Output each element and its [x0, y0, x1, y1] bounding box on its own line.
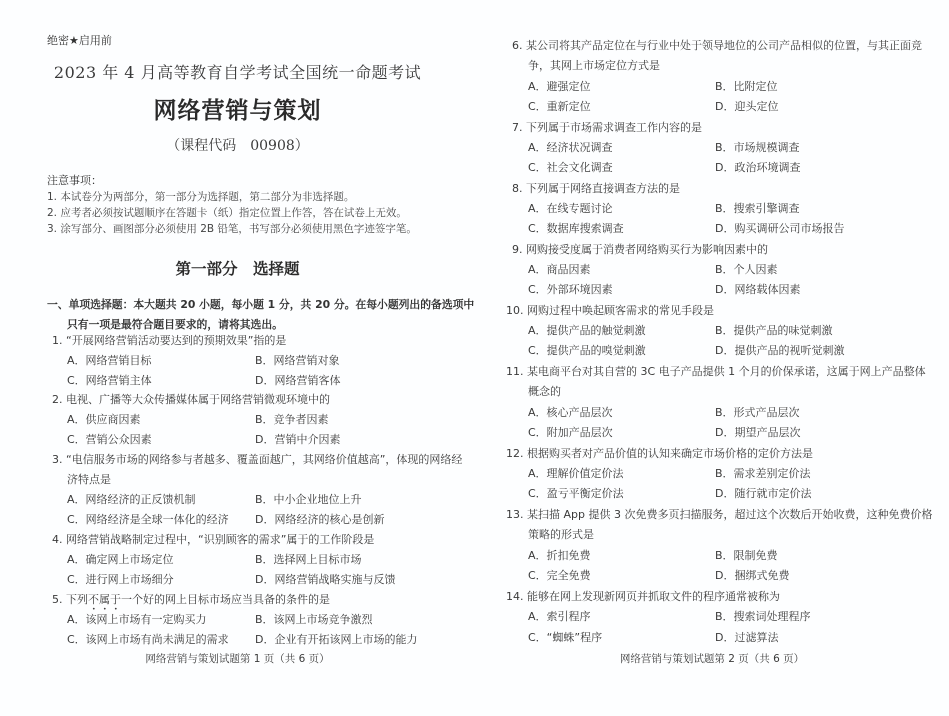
option-b: B．限制免费 [715, 547, 778, 563]
option-c: C．完全免费 [528, 567, 591, 583]
question-text: 下列属于网络直接调查方法的是 [526, 182, 680, 195]
option-b: B．搜索词处理程序 [715, 608, 811, 624]
question-text: 某电商平台对其自营的 3C 电子产品提供 1 个月的价保承诺，这属于网上产品整体 [527, 365, 926, 378]
question-stem: 9. 网购接受度属于消费者网络购买行为影响因素中的 [512, 241, 768, 257]
question-text: “电信服务市场的网络参与者越多、覆盖面越广，其网络价值越高”，体现的网络经 [66, 453, 462, 466]
question-number: 9. [512, 243, 523, 256]
option-b: B．市场规模调查 [715, 139, 800, 155]
instruction-line: 一、单项选择题：本大题共 20 小题，每小题 1 分，共 20 分。在每小题列出… [47, 297, 474, 312]
instruction-line: 只有一项是最符合题目要求的，请将其选出。 [67, 317, 283, 332]
question-text: 能够在网上发现新网页并抓取文件的程序通常被称为 [527, 590, 780, 603]
option-c: C．社会文化调查 [528, 159, 613, 175]
option-b: B．该网上市场竞争激烈 [255, 611, 373, 627]
question-number: 11. [506, 365, 524, 378]
option-a: A．网络营销目标 [67, 352, 152, 368]
page-footer: 网络营销与策划试题第 2 页（共 6 页） [475, 651, 949, 666]
option-a: A．核心产品层次 [528, 404, 613, 420]
question-stem: 1. “开展网络营销活动要达到的预期效果”指的是 [52, 332, 286, 348]
option-b: B．网络营销对象 [255, 352, 340, 368]
question-text-pre: 下列 [66, 593, 88, 606]
option-d: D．捆绑式免费 [715, 567, 789, 583]
option-d: D．网络营销客体 [255, 372, 340, 388]
option-c: C．数据库搜索调查 [528, 220, 624, 236]
option-d: D．迎头定位 [715, 98, 778, 114]
option-b: B．竞争者因素 [255, 411, 329, 427]
question-stem: 8. 下列属于网络直接调查方法的是 [512, 180, 680, 196]
option-c: C．重新定位 [528, 98, 591, 114]
question-text: 某扫描 App 提供 3 次免费多页扫描服务，超过这个次数后开始收费，这种免费价… [527, 508, 932, 521]
question-stem: 2. 电视、广播等大众传播媒体属于网络营销微观环境中的 [52, 391, 330, 407]
option-c: C．盈亏平衡定价法 [528, 485, 624, 501]
notice-item: 3. 涂写部分、画图部分必须使用 2B 铅笔，书写部分必须使用黑色字迹签字笔。 [47, 221, 417, 236]
exam-page-2: 6. 某公司将其产品定位在与行业中处于领导地位的公司产品相似的位置，与其正面竞 … [475, 0, 949, 716]
question-text: 网络营销战略制定过程中，“识别顾客的需求”属于的工作阶段是 [66, 533, 374, 546]
option-a: A．网络经济的正反馈机制 [67, 491, 196, 507]
question-number: 7. [512, 121, 523, 134]
option-b: B．搜索引擎调查 [715, 200, 800, 216]
option-d: D．网络载体因素 [715, 281, 800, 297]
question-text-cont: 济特点是 [67, 471, 111, 487]
option-a: A．理解价值定价法 [528, 465, 624, 481]
option-c: C．网络营销主体 [67, 372, 152, 388]
question-stem: 5. 下列不属于一个好的网上目标市场应当具备的条件的是 [52, 591, 330, 613]
option-d: D．期望产品层次 [715, 424, 800, 440]
option-a: A．供应商因素 [67, 411, 141, 427]
question-text: 下列属于市场需求调查工作内容的是 [526, 121, 702, 134]
option-c: C．该网上市场有尚未满足的需求 [67, 631, 229, 647]
option-d: D．过滤算法 [715, 629, 778, 645]
option-b: B．中小企业地位上升 [255, 491, 362, 507]
question-number: 2. [52, 393, 63, 406]
question-number: 5. [52, 593, 63, 606]
section-title: 第一部分 选择题 [0, 257, 475, 279]
question-text-cont: 策略的形式是 [528, 526, 594, 542]
question-text-cont: 争，其网上市场定位方式是 [528, 57, 660, 73]
option-d: D．企业有开拓该网上市场的能力 [255, 631, 417, 647]
question-number: 12. [506, 447, 524, 460]
question-number: 14. [506, 590, 524, 603]
option-b: B．选择网上目标市场 [255, 551, 362, 567]
question-text: 电视、广播等大众传播媒体属于网络营销微观环境中的 [66, 393, 330, 406]
option-b: B．形式产品层次 [715, 404, 800, 420]
option-d: D．网络经济的核心是创新 [255, 511, 384, 527]
question-stem: 14. 能够在网上发现新网页并抓取文件的程序通常被称为 [506, 588, 780, 604]
option-a: A．避强定位 [528, 78, 591, 94]
secret-mark: 绝密★启用前 [47, 32, 112, 48]
option-b: B．提供产品的味觉刺激 [715, 322, 833, 338]
question-number: 4. [52, 533, 63, 546]
option-c: C．提供产品的嗅觉刺激 [528, 342, 646, 358]
question-number: 3. [52, 453, 63, 466]
option-a: A．该网上市场有一定购买力 [67, 611, 207, 627]
question-number: 10. [506, 304, 524, 317]
option-c: C．附加产品层次 [528, 424, 613, 440]
question-stem: 6. 某公司将其产品定位在与行业中处于领导地位的公司产品相似的位置，与其正面竞 [512, 37, 922, 53]
option-a: A．经济状况调查 [528, 139, 613, 155]
question-text: 网购过程中唤起顾客需求的常见手段是 [527, 304, 714, 317]
question-text: 根据购买者对产品价值的认知来确定市场价格的定价方法是 [527, 447, 813, 460]
question-stem: 4. 网络营销战略制定过程中，“识别顾客的需求”属于的工作阶段是 [52, 531, 374, 547]
question-stem: 13. 某扫描 App 提供 3 次免费多页扫描服务，超过这个次数后开始收费，这… [506, 506, 932, 522]
option-a: A．折扣免费 [528, 547, 591, 563]
question-text: “开展网络营销活动要达到的预期效果”指的是 [66, 334, 286, 347]
question-number: 8. [512, 182, 523, 195]
question-text: 网购接受度属于消费者网络购买行为影响因素中的 [526, 243, 768, 256]
question-text-emphasis: 不属于 [88, 593, 121, 606]
question-stem: 10. 网购过程中唤起顾客需求的常见手段是 [506, 302, 714, 318]
option-a: A．索引程序 [528, 608, 591, 624]
option-c: C．网络经济是全球一体化的经济 [67, 511, 229, 527]
option-a: A．提供产品的触觉刺激 [528, 322, 646, 338]
question-stem: 3. “电信服务市场的网络参与者越多、覆盖面越广，其网络价值越高”，体现的网络经 [52, 451, 462, 467]
option-d: D．提供产品的视听觉刺激 [715, 342, 844, 358]
option-a: A．在线专题讨论 [528, 200, 613, 216]
subject-title: 网络营销与策划 [0, 92, 475, 125]
question-stem: 7. 下列属于市场需求调查工作内容的是 [512, 119, 702, 135]
exam-page-1: 绝密★启用前 2023 年 4 月高等教育自学考试全国统一命题考试 网络营销与策… [0, 0, 475, 716]
option-d: D．购买调研公司市场报告 [715, 220, 844, 236]
question-number: 13. [506, 508, 524, 521]
exam-title: 2023 年 4 月高等教育自学考试全国统一命题考试 [0, 60, 475, 83]
notice-item: 2. 应考者必须按试题顺序在答题卡（纸）指定位置上作答，答在试卷上无效。 [47, 205, 407, 220]
option-d: D．网络营销战略实施与反馈 [255, 571, 395, 587]
question-number: 6. [512, 39, 523, 52]
option-c: C．营销公众因素 [67, 431, 152, 447]
course-code: （课程代码 00908） [0, 135, 475, 155]
notice-title: 注意事项： [47, 172, 102, 188]
option-a: A．确定网上市场定位 [67, 551, 174, 567]
notice-item: 1. 本试卷分为两部分，第一部分为选择题，第二部分为非选择题。 [47, 189, 354, 204]
option-b: B．比附定位 [715, 78, 778, 94]
page-footer: 网络营销与策划试题第 1 页（共 6 页） [0, 651, 475, 666]
option-c: C．“蜘蛛”程序 [528, 629, 602, 645]
option-c: C．进行网上市场细分 [67, 571, 174, 587]
question-stem: 11. 某电商平台对其自营的 3C 电子产品提供 1 个月的价保承诺，这属于网上… [506, 363, 926, 379]
option-d: D．营销中介因素 [255, 431, 340, 447]
question-text-post: 一个好的网上目标市场应当具备的条件的是 [121, 593, 330, 606]
option-b: B．个人因素 [715, 261, 778, 277]
option-b: B．需求差别定价法 [715, 465, 811, 481]
question-text: 某公司将其产品定位在与行业中处于领导地位的公司产品相似的位置，与其正面竞 [526, 39, 922, 52]
option-a: A．商品因素 [528, 261, 591, 277]
question-text-cont: 概念的 [528, 383, 561, 399]
question-stem: 12. 根据购买者对产品价值的认知来确定市场价格的定价方法是 [506, 445, 813, 461]
option-d: D．随行就市定价法 [715, 485, 811, 501]
option-d: D．政治环境调查 [715, 159, 800, 175]
option-c: C．外部环境因素 [528, 281, 613, 297]
question-number: 1. [52, 334, 63, 347]
